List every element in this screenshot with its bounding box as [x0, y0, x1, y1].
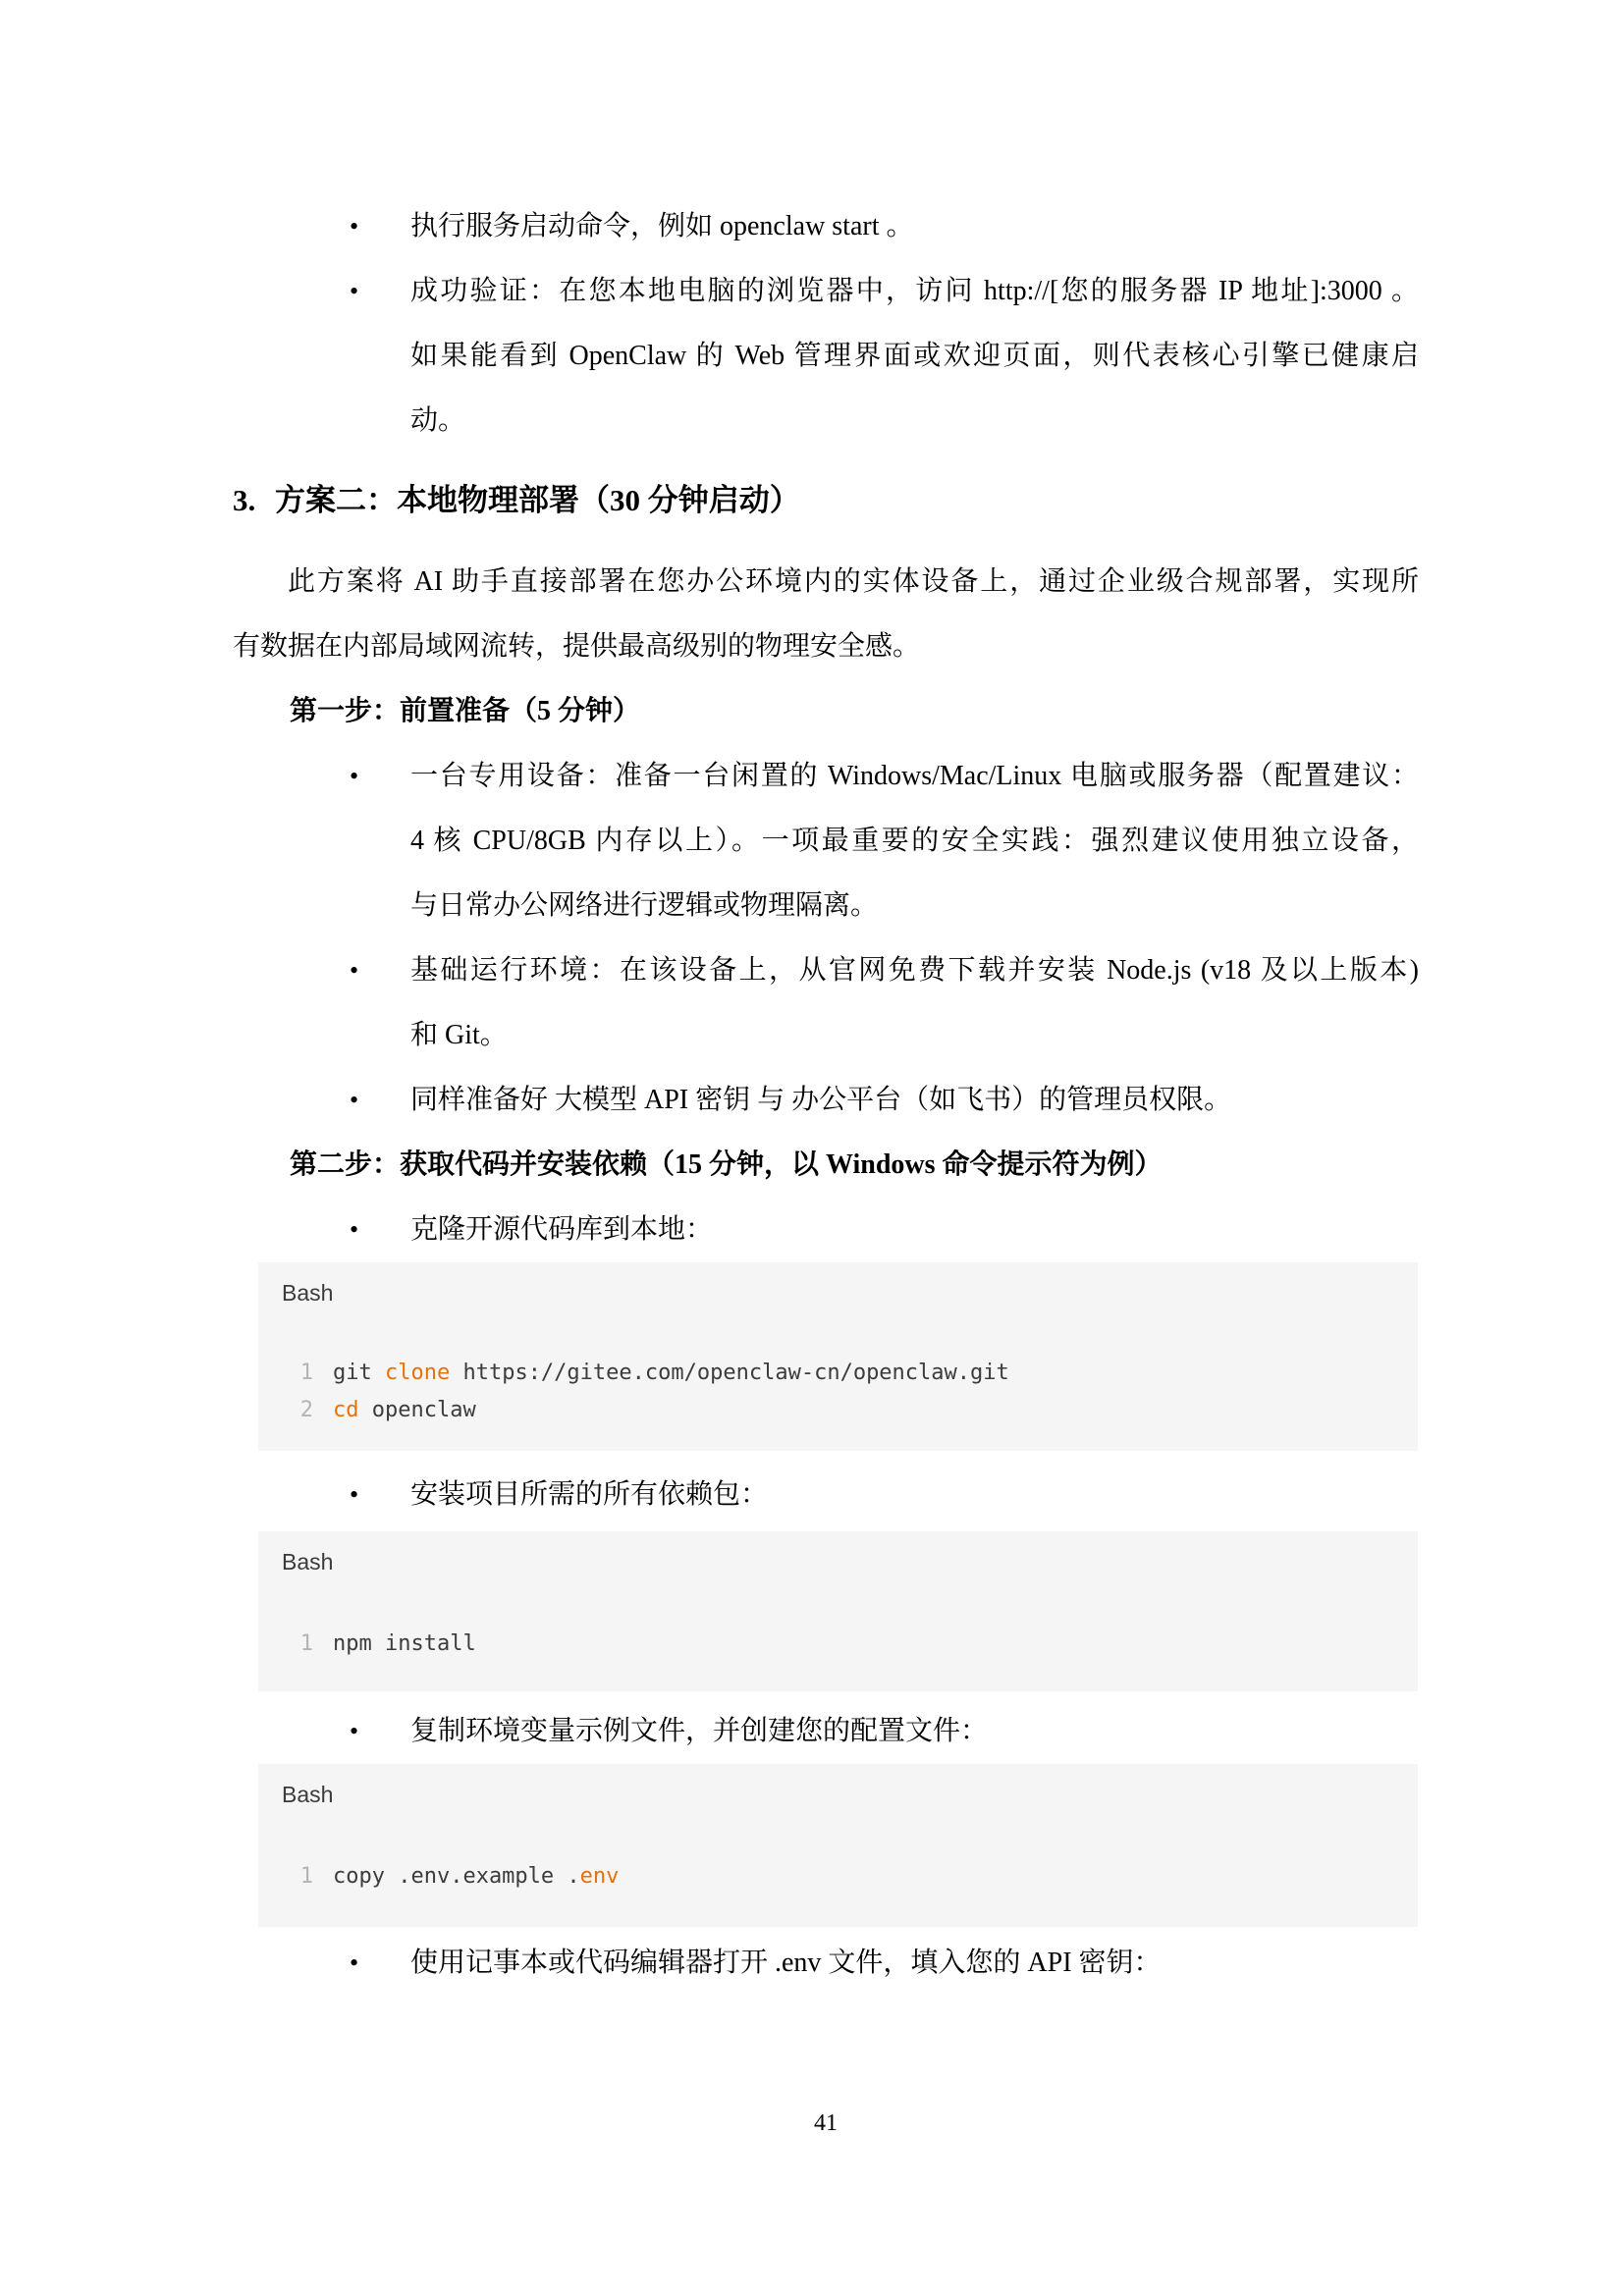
- code-block-body: 1 copy .env.example .env: [258, 1858, 1418, 1896]
- code-block-language-label: Bash: [282, 1278, 1418, 1308]
- list-item: • 复制环境变量示例文件，并创建您的配置文件：: [233, 1699, 1419, 1764]
- code-token: copy .env.example .: [333, 1864, 580, 1889]
- list-item-line: 基础运行环境：在该设备上，从官网免费下载并安装 Node.js (v18 及以上…: [410, 938, 1419, 1003]
- code-token: openclaw: [359, 1398, 476, 1422]
- section-title: 方案二：本地物理部署（30 分钟启动）: [275, 479, 800, 522]
- code-block-language-label: Bash: [282, 1547, 1418, 1576]
- document-page: • 执行服务启动命令，例如 openclaw start 。 • 成功验证：在您…: [0, 0, 1624, 2296]
- paragraph-line: 有数据在内部局域网流转，提供最高级别的物理安全感。: [233, 614, 1419, 679]
- bullet-marker: •: [350, 1699, 358, 1764]
- list-item: • 一台专用设备：准备一台闲置的 Windows/Mac/Linux 电脑或服务…: [233, 744, 1419, 938]
- list-item-line: 如果能看到 OpenClaw 的 Web 管理界面或欢迎页面，则代表核心引擎已健…: [410, 324, 1419, 389]
- list-item-line: 克隆开源代码库到本地：: [410, 1198, 1419, 1262]
- list-item-line: 使用记事本或代码编辑器打开 .env 文件，填入您的 API 密钥：: [410, 1931, 1419, 1996]
- code-token: clone: [385, 1361, 450, 1385]
- code-line-number: 2: [288, 1392, 313, 1429]
- list-item: • 安装项目所需的所有依赖包：: [233, 1463, 1419, 1527]
- intro-bullet-list: • 执行服务启动命令，例如 openclaw start 。 • 成功验证：在您…: [233, 194, 1419, 454]
- code-line-number: 1: [288, 1626, 313, 1663]
- section-heading: 3. 方案二：本地物理部署（30 分钟启动）: [233, 479, 1419, 522]
- list-item: • 使用记事本或代码编辑器打开 .env 文件，填入您的 API 密钥：: [233, 1931, 1419, 1996]
- code-line-number: 1: [288, 1858, 313, 1896]
- code-token: https://gitee.com/openclaw-cn/openclaw.g…: [450, 1361, 1009, 1385]
- paragraph-line: 此方案将 AI 助手直接部署在您办公环境内的实体设备上，通过企业级合规部署，实现…: [233, 550, 1419, 614]
- list-item-line: 与日常办公网络进行逻辑或物理隔离。: [410, 874, 1419, 938]
- list-item-line: 4 核 CPU/8GB 内存以上）。一项最重要的安全实践：强烈建议使用独立设备，: [410, 809, 1419, 874]
- list-item: • 克隆开源代码库到本地：: [233, 1198, 1419, 1262]
- bullet-marker: •: [350, 1198, 358, 1262]
- list-item-line: 和 Git。: [410, 1003, 1419, 1068]
- code-block-body: 1 npm install: [258, 1626, 1418, 1663]
- bullet-marker: •: [350, 938, 358, 1003]
- code-line-text: git clone https://gitee.com/openclaw-cn/…: [333, 1355, 1009, 1392]
- code-block-language-label: Bash: [282, 1780, 1418, 1809]
- bullet-marker: •: [350, 259, 358, 324]
- list-item: • 同样准备好 大模型 API 密钥 与 办公平台（如飞书）的管理员权限。: [233, 1068, 1419, 1133]
- code-token: git: [333, 1361, 385, 1385]
- bullet-marker: •: [350, 1068, 358, 1133]
- code-block-npm-install: Bash 1 npm install: [258, 1531, 1418, 1691]
- code-line: 1 copy .env.example .env: [258, 1858, 1418, 1896]
- code-line-number: 1: [288, 1355, 313, 1392]
- step1-heading: 第一步：前置准备（5 分钟）: [233, 679, 1419, 744]
- code-line: 1 npm install: [258, 1626, 1418, 1663]
- step1-bullet-list: • 一台专用设备：准备一台闲置的 Windows/Mac/Linux 电脑或服务…: [233, 744, 1419, 1133]
- step2-heading: 第二步：获取代码并安装依赖（15 分钟，以 Windows 命令提示符为例）: [233, 1133, 1419, 1198]
- list-item: • 成功验证：在您本地电脑的浏览器中，访问 http://[您的服务器 IP 地…: [233, 259, 1419, 454]
- code-token: npm install: [333, 1631, 476, 1656]
- code-line-text: cd openclaw: [333, 1392, 476, 1429]
- section-number: 3.: [233, 479, 275, 522]
- code-block-git-clone: Bash 1 git clone https://gitee.com/openc…: [258, 1262, 1418, 1451]
- code-block-body: 1 git clone https://gitee.com/openclaw-c…: [258, 1355, 1418, 1429]
- code-token: env: [580, 1864, 620, 1889]
- list-item-line: 安装项目所需的所有依赖包：: [410, 1463, 1419, 1527]
- code-line-text: npm install: [333, 1626, 476, 1663]
- code-line: 1 git clone https://gitee.com/openclaw-c…: [258, 1355, 1418, 1392]
- bullet-marker: •: [350, 744, 358, 809]
- page-number-footer: 41: [233, 2109, 1419, 2138]
- list-item-line: 成功验证：在您本地电脑的浏览器中，访问 http://[您的服务器 IP 地址]…: [410, 259, 1419, 324]
- code-line: 2 cd openclaw: [258, 1392, 1418, 1429]
- list-item: • 执行服务启动命令，例如 openclaw start 。: [233, 194, 1419, 259]
- code-block-copy-env: Bash 1 copy .env.example .env: [258, 1764, 1418, 1927]
- list-item-line: 一台专用设备：准备一台闲置的 Windows/Mac/Linux 电脑或服务器（…: [410, 744, 1419, 809]
- list-item-line: 复制环境变量示例文件，并创建您的配置文件：: [410, 1699, 1419, 1764]
- code-token: cd: [333, 1398, 359, 1422]
- bullet-marker: •: [350, 194, 358, 259]
- list-item-line: 同样准备好 大模型 API 密钥 与 办公平台（如飞书）的管理员权限。: [410, 1068, 1419, 1133]
- list-item-line: 执行服务启动命令，例如 openclaw start 。: [410, 194, 1419, 259]
- bullet-marker: •: [350, 1463, 358, 1527]
- code-line-text: copy .env.example .env: [333, 1858, 619, 1896]
- intro-paragraph: 此方案将 AI 助手直接部署在您办公环境内的实体设备上，通过企业级合规部署，实现…: [233, 550, 1419, 679]
- list-item: • 基础运行环境：在该设备上，从官网免费下载并安装 Node.js (v18 及…: [233, 938, 1419, 1068]
- list-item-line: 动。: [410, 389, 1419, 454]
- bullet-marker: •: [350, 1931, 358, 1996]
